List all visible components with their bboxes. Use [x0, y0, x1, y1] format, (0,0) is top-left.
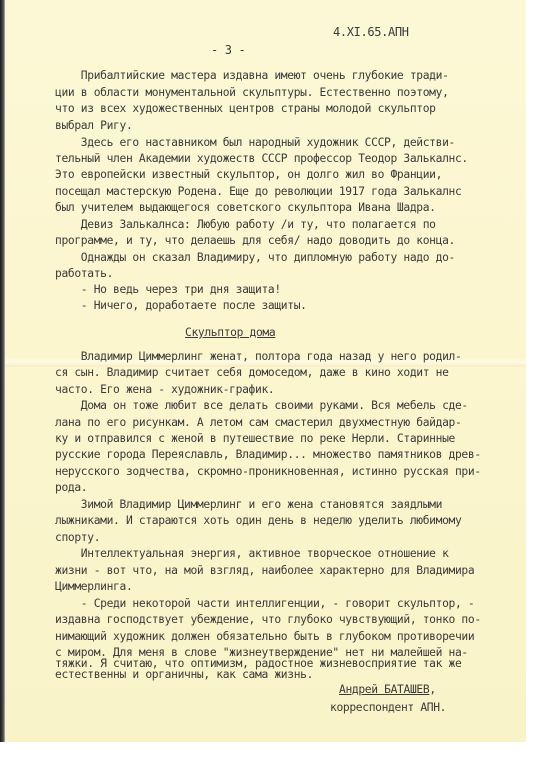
author-name: Андрей БАТАШЕВ: [339, 683, 429, 696]
text-line: Зимой Владимир Циммерлинг и его жена ста…: [55, 498, 442, 511]
author-name-suffix: ,: [429, 683, 435, 696]
text-line: - Среди некоторой части интеллигенции, -…: [55, 597, 474, 610]
text-line: Это европейски известный скульптор, он д…: [55, 168, 442, 181]
page-number: - 3 -: [211, 44, 245, 57]
text-line: рода.: [55, 481, 87, 494]
text-line: Прибалтийские мастера издавна имеют очен…: [55, 69, 449, 82]
text-line: естественны и органичны, как сама жизнь.: [55, 668, 313, 681]
text-line: Циммерлинга.: [55, 580, 132, 593]
date-stamp: 4.XI.65.АПН: [333, 26, 409, 39]
text-line: тельный член Академии художеств СССР про…: [55, 152, 468, 165]
text-line: нерусского зодчества, скромно-проникнове…: [55, 465, 481, 478]
text-line: жизни - вот что, на мой взгляд, наиболее…: [55, 564, 474, 577]
text-line: нимающий художник должен обязательно быт…: [55, 630, 474, 643]
text-line: русские города Переяславль, Владимир... …: [55, 448, 481, 461]
text-line: спорту.: [55, 531, 100, 544]
text-line: часто. Его жена - художник-график.: [55, 383, 274, 396]
text-line: лана по его рисункам. А летом сам смасте…: [55, 416, 461, 429]
text-line: Девиз Залькалнса: Любую работу /и ту, чт…: [55, 218, 436, 231]
text-line: посещал мастерскую Родена. Еще до револю…: [55, 185, 461, 198]
text-line: ции в области монументальной скульптуры.…: [55, 86, 449, 99]
text-line: ку и отправился с женой в путешествие по…: [55, 432, 455, 445]
text-line: издавна господствует убеждение, что глуб…: [55, 613, 481, 626]
text-line: работать.: [55, 267, 113, 280]
text-line: выбрал Ригу.: [55, 119, 132, 132]
text-line: лыжниками. И стараются хоть один день в …: [55, 514, 461, 527]
section-title: Скульптор дома: [185, 326, 275, 339]
text-line: программе, и ту, что делаешь для себя/ н…: [55, 234, 455, 247]
text-line: Интеллектуальная энергия, активное творч…: [55, 547, 449, 560]
text-line: ся сын. Владимир считает себя домоседом,…: [55, 366, 449, 379]
text-line: - Ничего, доработаете после защиты.: [55, 299, 307, 312]
text-line: Здесь его наставником был народный худож…: [55, 136, 455, 149]
text-line: что из всех художественных центров стран…: [55, 102, 436, 115]
text-line: - Но ведь через три дня защита!: [55, 283, 281, 296]
text-line: был учителем выдающегося советского скул…: [55, 201, 436, 214]
text-line: Владимир Циммерлинг женат, полтора года …: [55, 350, 461, 363]
text-line: Однажды он сказал Владимиру, что дипломн…: [55, 251, 455, 264]
signature-title: корреспондент АПН.: [330, 701, 446, 714]
text-line: Дома он тоже любит все делать своими рук…: [55, 399, 468, 412]
signature-name: Андрей БАТАШЕВ,: [339, 683, 436, 696]
